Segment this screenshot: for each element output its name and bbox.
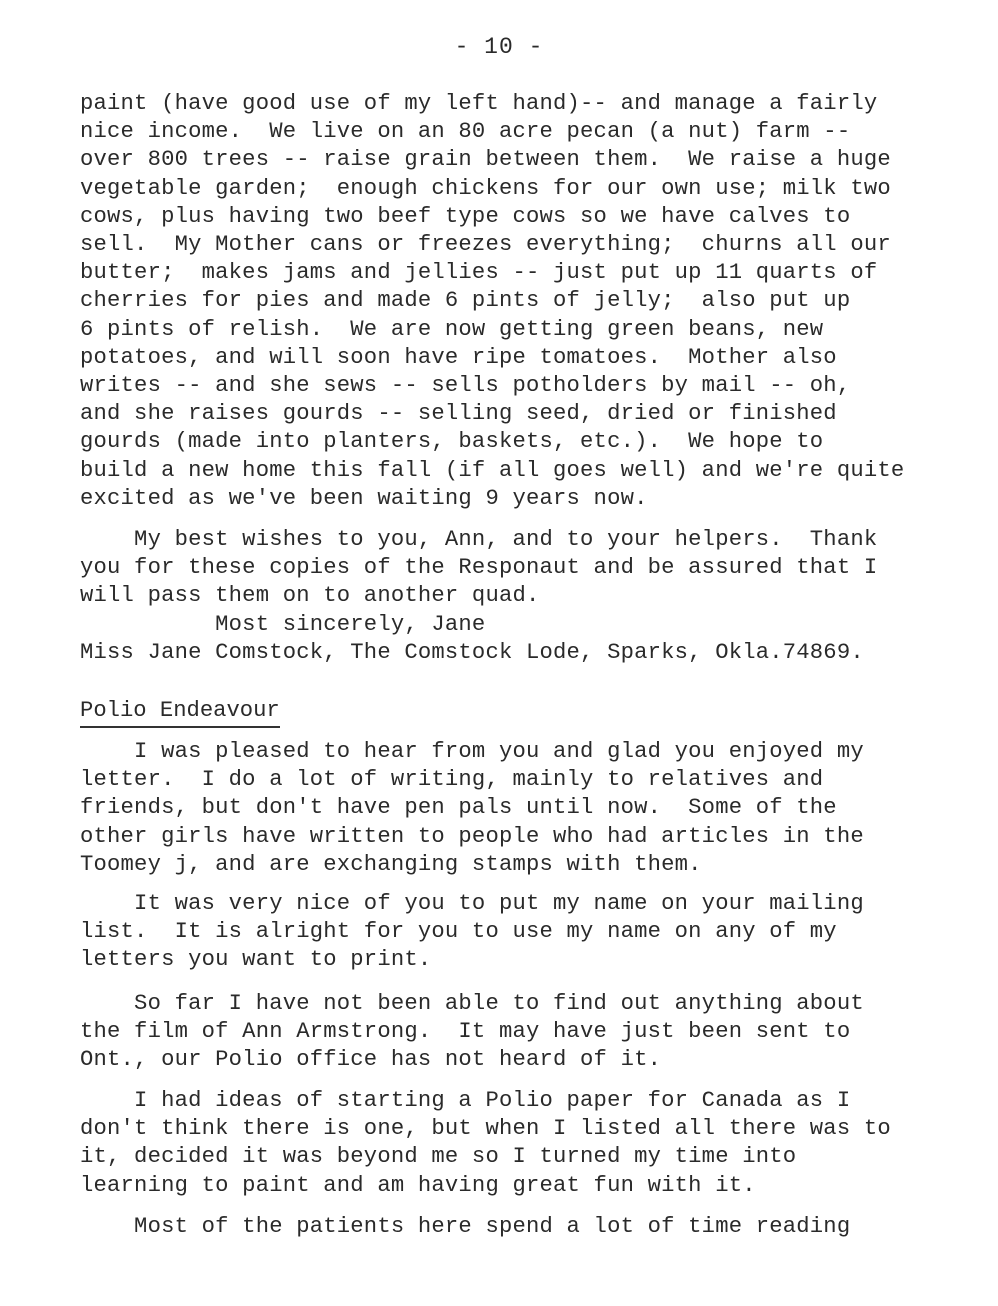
text-line: potatoes, and will soon have ripe tomato…: [80, 344, 837, 372]
text-line: friends, but don't have pen pals until n…: [80, 794, 837, 822]
text-line: I had ideas of starting a Polio paper fo…: [80, 1087, 850, 1115]
text-line: So far I have not been able to find out …: [80, 990, 864, 1018]
text-line: Most of the patients here spend a lot of…: [80, 1213, 850, 1241]
text-line: sell. My Mother cans or freezes everythi…: [80, 231, 891, 259]
text-line: 6 pints of relish. We are now getting gr…: [80, 316, 823, 344]
text-line: the film of Ann Armstrong. It may have j…: [80, 1018, 850, 1046]
text-line: Toomey j, and are exchanging stamps with…: [80, 851, 702, 879]
text-line: Ont., our Polio office has not heard of …: [80, 1046, 661, 1074]
page-number: - 10 -: [0, 34, 998, 60]
text-line: I was pleased to hear from you and glad …: [80, 738, 864, 766]
address-line: Miss Jane Comstock, The Comstock Lode, S…: [80, 639, 864, 667]
text-line: will pass them on to another quad.: [80, 582, 540, 610]
text-line: cows, plus having two beef type cows so …: [80, 203, 850, 231]
text-line: My best wishes to you, Ann, and to your …: [80, 526, 877, 554]
text-line: and she raises gourds -- selling seed, d…: [80, 400, 837, 428]
text-line: It was very nice of you to put my name o…: [80, 890, 864, 918]
text-line: it, decided it was beyond me so I turned…: [80, 1143, 796, 1171]
text-line: butter; makes jams and jellies -- just p…: [80, 259, 877, 287]
text-line: letters you want to print.: [80, 946, 431, 974]
text-line: you for these copies of the Responaut an…: [80, 554, 877, 582]
text-line: list. It is alright for you to use my na…: [80, 918, 837, 946]
section-heading: Polio Endeavour: [80, 697, 280, 728]
text-line: build a new home this fall (if all goes …: [80, 457, 904, 485]
signoff: Most sincerely, Jane: [80, 611, 485, 639]
text-line: other girls have written to people who h…: [80, 823, 864, 851]
text-line: writes -- and she sews -- sells potholde…: [80, 372, 850, 400]
text-line: gourds (made into planters, baskets, etc…: [80, 428, 823, 456]
text-line: learning to paint and am having great fu…: [80, 1172, 756, 1200]
text-line: cherries for pies and made 6 pints of je…: [80, 287, 850, 315]
text-line: don't think there is one, but when I lis…: [80, 1115, 891, 1143]
text-line: vegetable garden; enough chickens for ou…: [80, 175, 891, 203]
text-line: over 800 trees -- raise grain between th…: [80, 146, 891, 174]
text-line: letter. I do a lot of writing, mainly to…: [80, 766, 823, 794]
text-line: nice income. We live on an 80 acre pecan…: [80, 118, 850, 146]
text-line: paint (have good use of my left hand)-- …: [80, 90, 877, 118]
text-line: excited as we've been waiting 9 years no…: [80, 485, 648, 513]
